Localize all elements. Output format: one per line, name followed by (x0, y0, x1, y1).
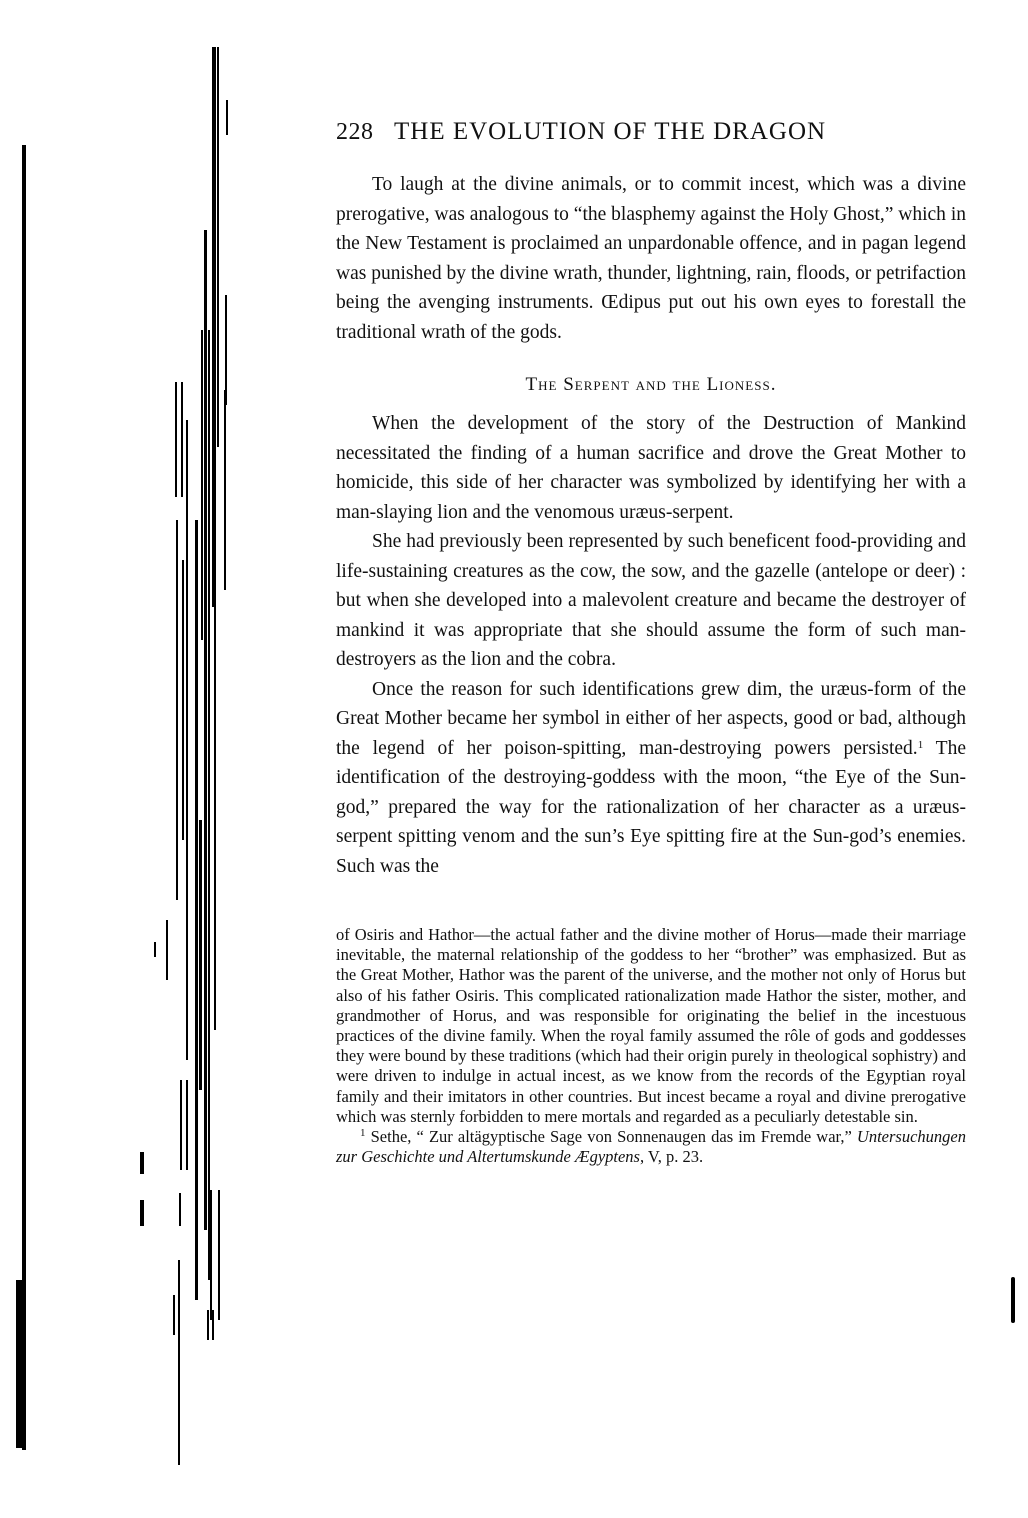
footnotes: of Osiris and Hathor—the actual father a… (336, 925, 966, 1167)
edge-scan-mark (1011, 1277, 1015, 1323)
paragraph-4: Once the reason for such identifications… (336, 675, 966, 882)
footnote-1: 1 Sethe, “ Zur altägyptische Sage von So… (336, 1127, 966, 1167)
footnote-continuation: of Osiris and Hathor—the actual father a… (336, 925, 966, 1127)
section-heading: The Serpent and the Lioness. (336, 371, 966, 399)
book-title: THE EVOLUTION OF THE DRAGON (394, 118, 826, 146)
paragraph-1: To laugh at the divine animals, or to co… (336, 170, 966, 347)
scan-artifacts (0, 0, 260, 1518)
page-number: 228 (336, 119, 394, 146)
paragraph-2: When the development of the story of the… (336, 409, 966, 527)
footnote-1-end: , V, p. 23. (640, 1147, 703, 1166)
paragraph-3: She had previously been represented by s… (336, 527, 966, 675)
book-page: 228 THE EVOLUTION OF THE DRAGON To laugh… (336, 118, 966, 1167)
paragraph-4-part-1: Once the reason for such identifications… (336, 679, 966, 759)
body-text: To laugh at the divine animals, or to co… (336, 170, 966, 881)
running-head: 228 THE EVOLUTION OF THE DRAGON (336, 118, 966, 162)
footnote-1-text: Sethe, “ Zur altägyptische Sage von Sonn… (366, 1127, 857, 1146)
